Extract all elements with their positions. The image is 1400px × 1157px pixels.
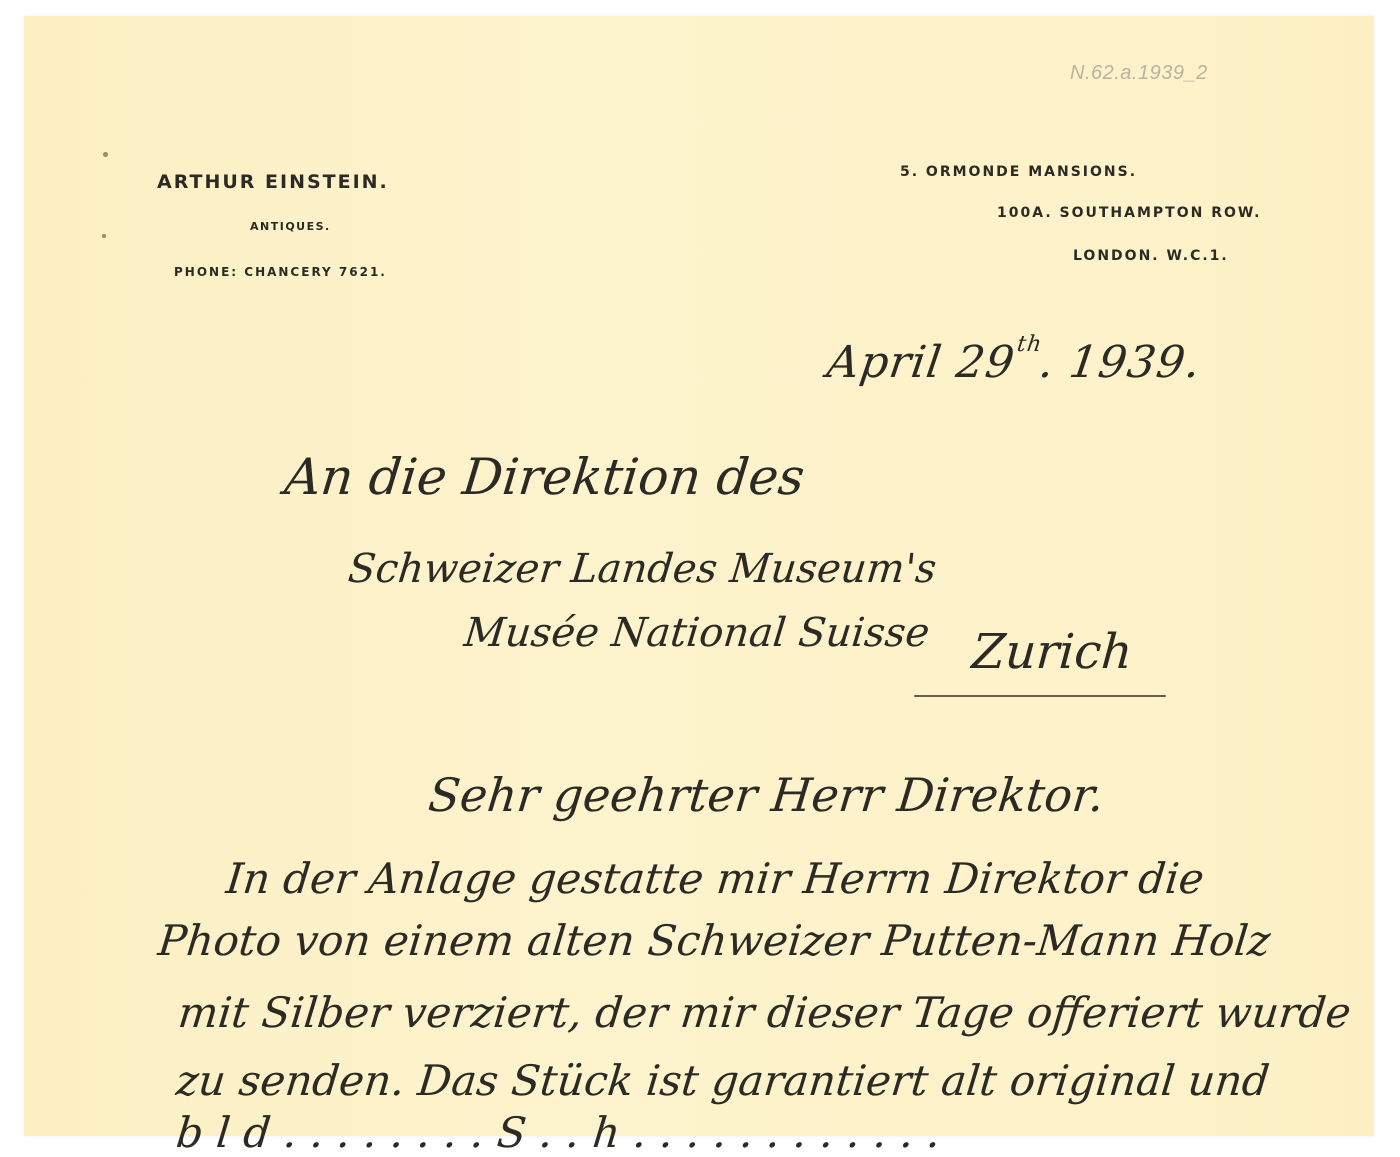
punch-mark-top [103, 152, 108, 157]
letterhead-address-line-1: 5. ORMONDE MANSIONS. [900, 164, 1137, 180]
punch-mark-bottom [102, 234, 106, 238]
letterhead-name: ARTHUR EINSTEIN. [157, 171, 389, 193]
recipient-line-1: An die Direktion des [282, 448, 807, 506]
date-ordinal: th [1015, 332, 1044, 357]
body-line: In der Anlage gestatte mir Herrn Direkto… [224, 854, 1206, 903]
archive-reference-stamp: N.62.a.1939_2 [1070, 62, 1208, 85]
letter-date: April 29th. 1939. [824, 332, 1205, 388]
city-underline [914, 695, 1166, 697]
body-line: Photo von einem alten Schweizer Putten-M… [156, 916, 1273, 965]
recipient-line-3: Musée National Suisse [462, 610, 932, 656]
letterhead-phone: PHONE: CHANCERY 7621. [174, 265, 387, 279]
recipient-line-2: Schweizer Landes Museum's [346, 546, 939, 592]
letterhead-address-line-3: LONDON. W.C.1. [1073, 248, 1229, 264]
letterhead-trade: ANTIQUES. [250, 220, 331, 233]
date-year: . 1939. [1036, 337, 1204, 388]
body-line: zu senden. Das Stück ist garantiert alt … [174, 1056, 1272, 1105]
date-month-day: April 29 [824, 337, 1018, 388]
body-line-partial: b l d . . . . . . . . S . . h . . . . . … [174, 1108, 943, 1120]
letter-page: N.62.a.1939_2 ARTHUR EINSTEIN. ANTIQUES.… [24, 16, 1374, 1120]
body-line: mit Silber verziert, der mir dieser Tage… [176, 988, 1353, 1037]
salutation: Sehr geehrter Herr Direktor. [426, 768, 1107, 822]
letterhead-address-line-2: 100A. SOUTHAMPTON ROW. [997, 205, 1262, 221]
recipient-city: Zurich [970, 624, 1134, 680]
